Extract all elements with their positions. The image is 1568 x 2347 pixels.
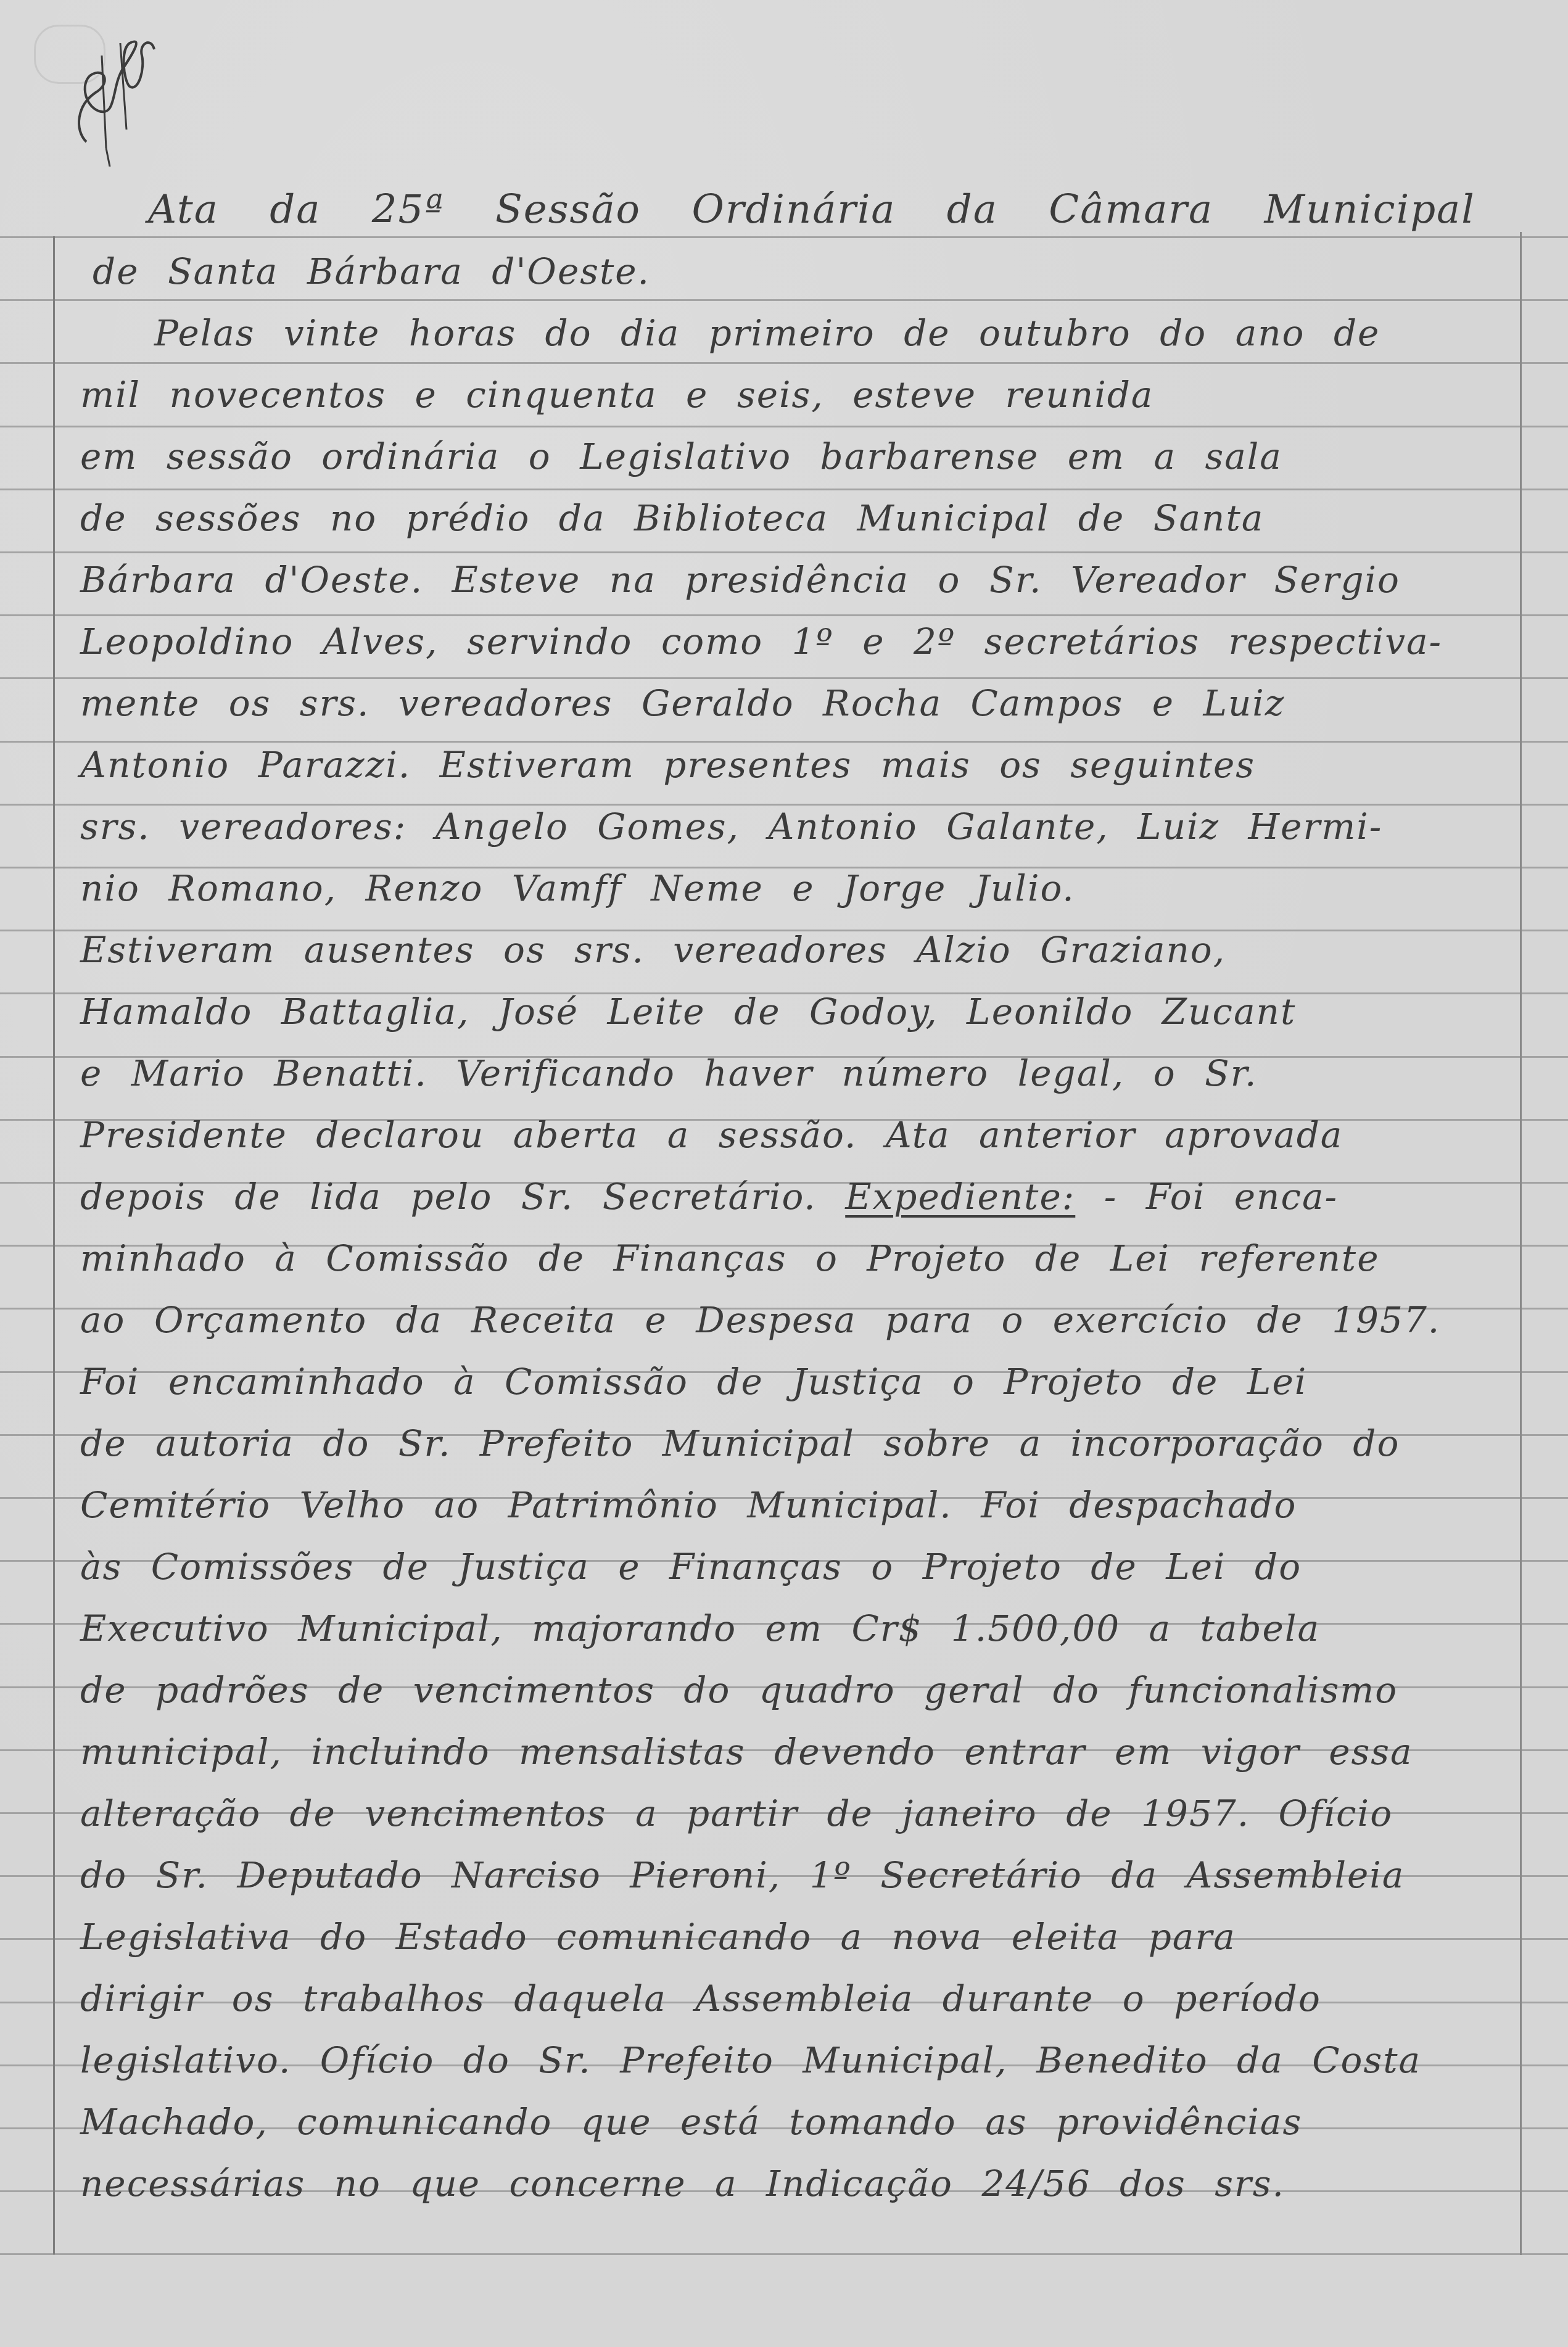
body-line: alteração de vencimentos a partir de jan… (80, 1783, 1517, 1844)
body-line: Bárbara d'Oeste. Esteve na presidência o… (80, 549, 1517, 611)
body-line: Foi encaminhado à Comissão de Justiça o … (80, 1351, 1517, 1413)
body-line-expediente: depois de lida pelo Sr. Secretário. Expe… (80, 1166, 1517, 1227)
body-line: Hamaldo Battaglia, José Leite de Godoy, … (80, 981, 1517, 1042)
body-line: Executivo Municipal, majorando em Cr$ 1.… (80, 1598, 1517, 1659)
body-line: Pelas vinte horas do dia primeiro de out… (154, 302, 1568, 364)
expediente-continuation: - Foi enca- (1104, 1176, 1338, 1218)
body-line: mente os srs. vereadores Geraldo Rocha C… (80, 672, 1517, 734)
body-line: nio Romano, Renzo Vamff Neme e Jorge Jul… (80, 857, 1517, 919)
right-margin-line (1520, 232, 1522, 2255)
ruled-line (0, 2253, 1568, 2255)
body-line: e Mario Benatti. Verificando haver númer… (80, 1042, 1517, 1104)
body-line: de sessões no prédio da Biblioteca Munic… (80, 487, 1517, 549)
body-text: depois de lida pelo Sr. Secretário. (80, 1176, 817, 1218)
body-line: do Sr. Deputado Narciso Pieroni, 1º Secr… (80, 1844, 1517, 1906)
body-line: às Comissões de Justiça e Finanças o Pro… (80, 1536, 1517, 1598)
expediente-heading: Expediente: (845, 1176, 1075, 1218)
body-line: ao Orçamento da Receita e Despesa para o… (80, 1289, 1517, 1351)
body-line: Machado, comunicando que está tomando as… (80, 2091, 1517, 2153)
body-line: de autoria do Sr. Prefeito Municipal sob… (80, 1413, 1517, 1474)
body-line: legislativo. Ofício do Sr. Prefeito Muni… (80, 2029, 1517, 2091)
left-margin-line (53, 236, 55, 2254)
body-line: dirigir os trabalhos daquela Assembleia … (80, 1968, 1517, 2029)
body-line: necessárias no que concerne a Indicação … (80, 2153, 1517, 2214)
body-line: Estiveram ausentes os srs. vereadores Al… (80, 919, 1517, 981)
body-line: Leopoldino Alves, servindo como 1º e 2º … (80, 611, 1517, 672)
body-line: municipal, incluindo mensalistas devendo… (80, 1721, 1517, 1783)
paper-page: Ata da 25ª Sessão Ordinária da Câmara Mu… (0, 0, 1568, 2347)
body-line: Cemitério Velho ao Patrimônio Municipal.… (80, 1474, 1517, 1536)
body-line: de padrões de vencimentos do quadro gera… (80, 1659, 1517, 1721)
body-line: Antonio Parazzi. Estiveram presentes mai… (80, 734, 1517, 796)
body-line: Legislativa do Estado comunicando a nova… (80, 1906, 1517, 1968)
body-line: Presidente declarou aberta a sessão. Ata… (80, 1104, 1517, 1166)
body-line: mil novecentos e cinquenta e seis, estev… (80, 364, 1517, 426)
body-line: em sessão ordinária o Legislativo barbar… (80, 426, 1517, 487)
title-line-1: Ata da 25ª Sessão Ordinária da Câmara Mu… (148, 179, 1568, 241)
title-line-2: de Santa Bárbara d'Oeste. (93, 241, 1530, 302)
marginal-initials-signature (68, 19, 173, 167)
body-line: srs. vereadores: Angelo Gomes, Antonio G… (80, 796, 1517, 857)
body-line: minhado à Comissão de Finanças o Projeto… (80, 1227, 1517, 1289)
